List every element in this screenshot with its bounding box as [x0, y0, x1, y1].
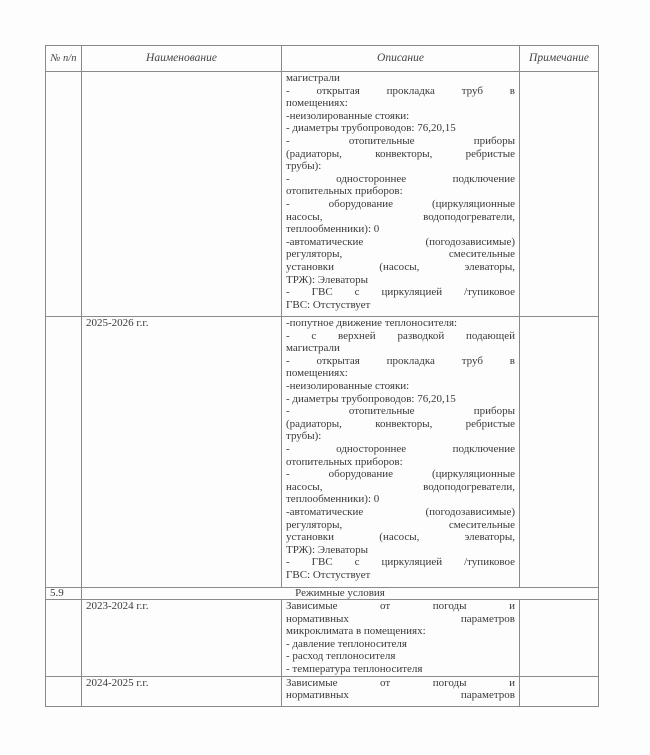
description-line: Зависимые от погоды и [286, 600, 515, 613]
cell-name: 2025-2026 г.г. [82, 317, 282, 588]
description-line: помещениях: [286, 367, 515, 380]
description-line: ГВС: Отстуствует [286, 569, 515, 582]
cell-num [46, 600, 82, 677]
table-header-row: № п/п Наименование Описание Примечание [46, 46, 599, 72]
cell-description: магистрали- открытая прокладка труб впом… [282, 72, 520, 317]
table-row: 2025-2026 г.г. -попутное движение теплон… [46, 317, 599, 588]
description-line: - диаметры трубопроводов: 76,20,15 [286, 393, 515, 406]
cell-note [520, 72, 599, 317]
description-line: ТРЖ): Элеваторы [286, 274, 515, 287]
cell-description: Зависимые от погоды инормативных парамет… [282, 600, 520, 677]
description-line: -неизолированные стояки: [286, 110, 515, 123]
description-line: нормативных параметров [286, 689, 515, 702]
description-line: - отопительные приборы [286, 135, 515, 148]
section-title: Режимные условия [82, 588, 599, 600]
section-number: 5.9 [46, 588, 82, 600]
cell-num [46, 72, 82, 317]
cell-note [520, 317, 599, 588]
table-row: 2023-2024 г.г. Зависимые от погоды инорм… [46, 600, 599, 677]
header-note: Примечание [520, 46, 599, 72]
document-page: № п/п Наименование Описание Примечание м… [0, 0, 650, 755]
description-line: регуляторы, смесительные [286, 248, 515, 261]
description-line: трубы): [286, 160, 515, 173]
table-row: магистрали- открытая прокладка труб впом… [46, 72, 599, 317]
description-line: трубы): [286, 430, 515, 443]
description-line: теплообменники): 0 [286, 223, 515, 236]
description-line: - с верхней разводкой подающей [286, 330, 515, 343]
description-line: - открытая прокладка труб в [286, 85, 515, 98]
cell-description: -попутное движение теплоносителя:- с вер… [282, 317, 520, 588]
description-line: - ГВС с циркуляцией /тупиковое [286, 556, 515, 569]
description-line: насосы, водоподогреватели, [286, 481, 515, 494]
description-line: - открытая прокладка труб в [286, 355, 515, 368]
description-line: - расход теплоносителя [286, 650, 515, 663]
cell-name: 2023-2024 г.г. [82, 600, 282, 677]
description-line: Зависимые от погоды и [286, 677, 515, 690]
cell-description: Зависимые от погоды инормативных парамет… [282, 676, 520, 706]
description-line: - ГВС с циркуляцией /тупиковое [286, 286, 515, 299]
description-line: - температура теплоносителя [286, 663, 515, 676]
description-line: установки (насосы, элеваторы, [286, 531, 515, 544]
description-line: теплообменники): 0 [286, 493, 515, 506]
description-line: установки (насосы, элеваторы, [286, 261, 515, 274]
description-line: регуляторы, смесительные [286, 519, 515, 532]
description-line: насосы, водоподогреватели, [286, 211, 515, 224]
description-line: (радиаторы, конвекторы, ребристые [286, 418, 515, 431]
description-line: магистрали [286, 342, 515, 355]
description-line: - оборудование (циркуляционные [286, 198, 515, 211]
description-line: нормативных параметров [286, 613, 515, 626]
cell-note [520, 676, 599, 706]
description-line: - одностороннее подключение [286, 173, 515, 186]
description-line: -неизолированные стояки: [286, 380, 515, 393]
description-line: - одностороннее подключение [286, 443, 515, 456]
description-line: -автоматические (погодозависимые) [286, 236, 515, 249]
data-table: № п/п Наименование Описание Примечание м… [45, 45, 599, 707]
cell-note [520, 600, 599, 677]
table-row: 2024-2025 г.г. Зависимые от погоды инорм… [46, 676, 599, 706]
description-line: магистрали [286, 72, 515, 85]
description-line: - оборудование (циркуляционные [286, 468, 515, 481]
cell-name: 2024-2025 г.г. [82, 676, 282, 706]
description-line: -попутное движение теплоносителя: [286, 317, 515, 330]
description-line: (радиаторы, конвекторы, ребристые [286, 148, 515, 161]
section-row: 5.9 Режимные условия [46, 588, 599, 600]
cell-num [46, 317, 82, 588]
cell-name [82, 72, 282, 317]
description-line: ТРЖ): Элеваторы [286, 544, 515, 557]
header-name: Наименование [82, 46, 282, 72]
header-description: Описание [282, 46, 520, 72]
description-line: помещениях: [286, 97, 515, 110]
cell-num [46, 676, 82, 706]
description-line: - диаметры трубопроводов: 76,20,15 [286, 122, 515, 135]
description-line: - отопительные приборы [286, 405, 515, 418]
description-line: отопительных приборов: [286, 456, 515, 469]
description-line: микроклимата в помещениях: [286, 625, 515, 638]
description-line: отопительных приборов: [286, 185, 515, 198]
description-line: -автоматические (погодозависимые) [286, 506, 515, 519]
description-line: ГВС: Отстуствует [286, 299, 515, 312]
header-num: № п/п [46, 46, 82, 72]
description-line: - давление теплоносителя [286, 638, 515, 651]
